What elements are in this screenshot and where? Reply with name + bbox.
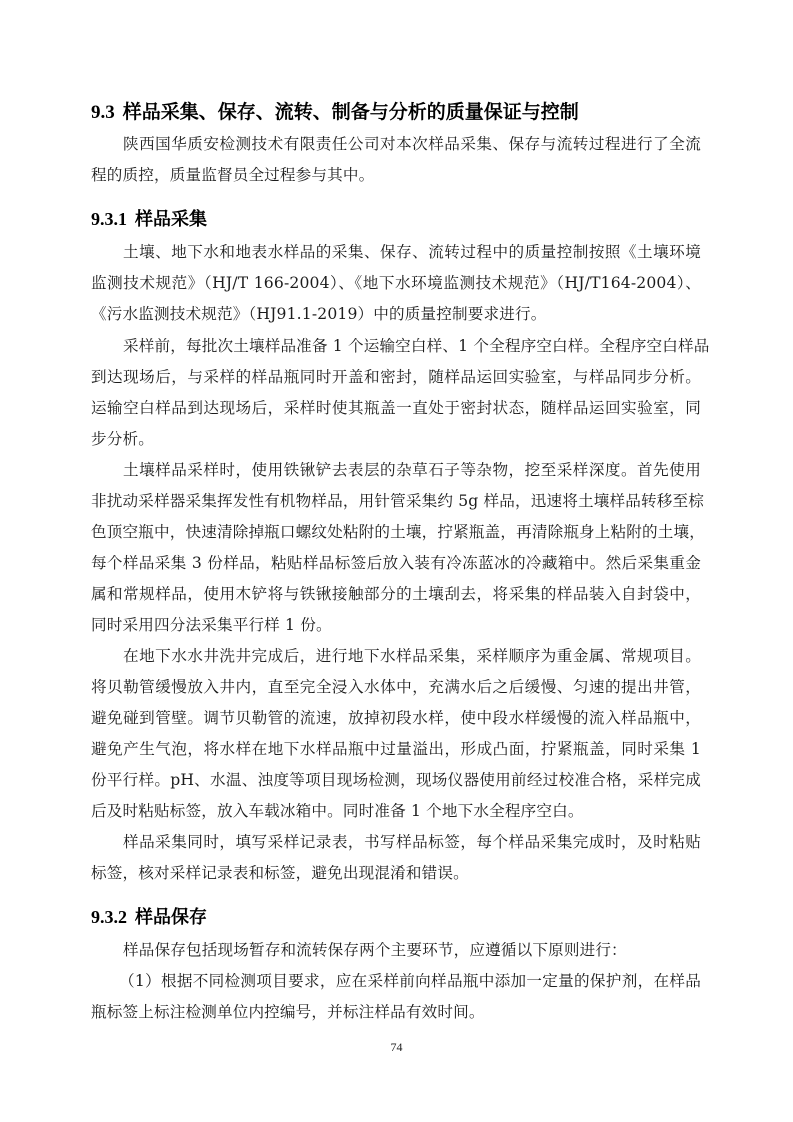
section-title: 样品保存 xyxy=(135,907,207,928)
paragraph-line: 土壤、地下水和地表水样品的采集、保存、流转过程中的质量控制按照《土壤环境 xyxy=(123,242,701,262)
section-number: 9.3.2 xyxy=(91,907,127,927)
paragraph-line: 标签，核对采样记录表和标签，避免出现混淆和错误。 xyxy=(91,863,701,883)
document-page: 9.3样品采集、保存、流转、制备与分析的质量保证与控制 陕西国华质安检测技术有限… xyxy=(0,0,793,1122)
paragraph-line: 瓶标签上标注检测单位内控编号，并标注样品有效时间。 xyxy=(91,1002,701,1022)
paragraph-line: 陕西国华质安检测技术有限责任公司对本次样品采集、保存与流转过程进行了全流 xyxy=(123,134,701,154)
paragraph-line: 步分析。 xyxy=(91,429,701,449)
paragraph-line: （1）根据不同检测项目要求，应在采样前向样品瓶中添加一定量的保护剂，在样品 xyxy=(119,971,701,991)
paragraph-line: 程的质控，质量监督员全过程参与其中。 xyxy=(91,165,701,185)
paragraph-line: 运输空白样品到达现场后，采样时使其瓶盖一直处于密封状态，随样品运回实验室，同 xyxy=(91,398,701,418)
paragraph-line: 色顶空瓶中，快速清除掉瓶口螺纹处粘附的土壤，拧紧瓶盖，再清除瓶身上粘附的土壤， xyxy=(91,522,701,542)
paragraph-line: 样品保存包括现场暂存和流转保存两个主要环节，应遵循以下原则进行： xyxy=(123,940,701,960)
paragraph-line: 避免产生气泡，将水样在地下水样品瓶中过量溢出，形成凸面，拧紧瓶盖，同时采集 1 xyxy=(91,739,701,759)
paragraph-line: 同时采用四分法采集平行样 1 份。 xyxy=(91,615,701,635)
paragraph-line: 土壤样品采样时，使用铁锹铲去表层的杂草石子等杂物，挖至采样深度。首先使用 xyxy=(123,460,701,480)
paragraph-line: 到达现场后，与采样的样品瓶同时开盖和密封，随样品运回实验室，与样品同步分析。 xyxy=(91,367,701,387)
paragraph-line: 《污水监测技术规范》（HJ91.1-2019）中的质量控制要求进行。 xyxy=(91,304,701,324)
section-number: 9.3.1 xyxy=(91,209,127,229)
page-number: 74 xyxy=(0,1040,793,1055)
section-title: 样品采集 xyxy=(135,209,207,230)
section-heading-9-3-2: 9.3.2样品保存 xyxy=(91,903,207,929)
paragraph-line: 避免碰到管壁。调节贝勒管的流速，放掉初段水样，使中段水样缓慢的流入样品瓶中， xyxy=(91,708,701,728)
paragraph-line: 每个样品采集 3 份样品，粘贴样品标签后放入装有冷冻蓝冰的冷藏箱中。然后采集重金 xyxy=(91,553,701,573)
paragraph-line: 后及时粘贴标签，放入车载冰箱中。同时准备 1 个地下水全程序空白。 xyxy=(91,801,701,821)
paragraph-line: 采样前，每批次土壤样品准备 1 个运输空白样、1 个全程序空白样。全程序空白样品 xyxy=(123,336,701,356)
section-heading-9-3-1: 9.3.1样品采集 xyxy=(91,205,207,231)
paragraph-line: 监测技术规范》（HJ/T 166-2004）、《地下水环境监测技术规范》（HJ/… xyxy=(91,273,701,293)
paragraph-line: 在地下水水井洗井完成后，进行地下水样品采集，采样顺序为重金属、常规项目。 xyxy=(123,646,701,666)
paragraph-line: 属和常规样品，使用木铲将与铁锹接触部分的土壤刮去，将采集的样品装入自封袋中， xyxy=(91,584,701,604)
paragraph-line: 将贝勒管缓慢放入井内，直至完全浸入水体中，充满水后之后缓慢、匀速的提出井管， xyxy=(91,677,701,697)
section-heading-9-3: 9.3样品采集、保存、流转、制备与分析的质量保证与控制 xyxy=(91,97,579,124)
section-title: 样品采集、保存、流转、制备与分析的质量保证与控制 xyxy=(123,101,579,123)
section-number: 9.3 xyxy=(91,102,115,123)
paragraph-line: 样品采集同时，填写采样记录表，书写样品标签，每个样品采集完成时，及时粘贴 xyxy=(123,832,701,852)
paragraph-line: 份平行样。pH、水温、浊度等项目现场检测，现场仪器使用前经过校准合格，采样完成 xyxy=(91,770,701,790)
paragraph-line: 非扰动采样器采集挥发性有机物样品，用针管采集约 5g 样品，迅速将土壤样品转移至… xyxy=(91,491,701,511)
